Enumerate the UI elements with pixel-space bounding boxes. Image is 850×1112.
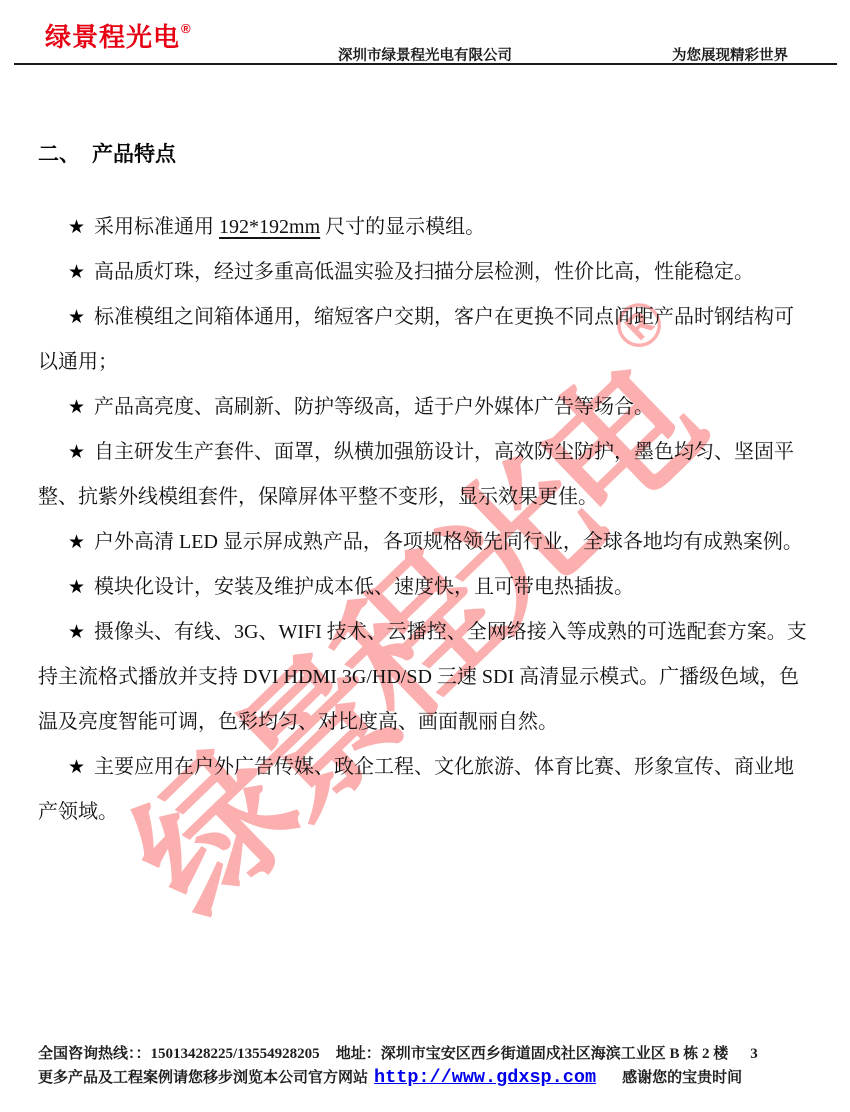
star-bullet-icon: ★ <box>68 442 85 463</box>
feature-text: 采用标准通用 <box>94 216 219 238</box>
feature-list: ★采用标准通用 192*192mm 尺寸的显示模组。 ★高品质灯珠，经过多重高低… <box>38 205 810 835</box>
address-text: 深圳市宝安区西乡街道固戍社区海滨工业区 B 栋 2 楼 <box>381 1046 729 1062</box>
star-bullet-icon: ★ <box>68 577 85 598</box>
star-bullet-icon: ★ <box>68 307 85 328</box>
feature-item: ★采用标准通用 192*192mm 尺寸的显示模组。 <box>38 205 810 250</box>
feature-item: ★自主研发生产套件、面罩，纵横加强筋设计，高效防尘防护，墨色均匀、坚固平整、抗紫… <box>38 430 810 520</box>
feature-text: 摄像头、有线、3G、WIFI 技术、云播控、全网络接入等成熟的可选配套方案。支持… <box>38 621 807 733</box>
header-slogan: 为您展现精彩世界 <box>672 44 788 65</box>
website-link[interactable]: http://www.gdxsp.com <box>374 1067 596 1088</box>
feature-item: ★摄像头、有线、3G、WIFI 技术、云播控、全网络接入等成熟的可选配套方案。支… <box>38 610 810 745</box>
feature-text: 自主研发生产套件、面罩，纵横加强筋设计，高效防尘防护，墨色均匀、坚固平整、抗紫外… <box>38 441 794 508</box>
star-bullet-icon: ★ <box>68 217 85 238</box>
feature-text: 主要应用在户外广告传媒、政企工程、文化旅游、体育比赛、形象宣传、商业地产领域。 <box>38 756 794 823</box>
feature-item: ★主要应用在户外广告传媒、政企工程、文化旅游、体育比赛、形象宣传、商业地产领域。 <box>38 745 810 835</box>
star-bullet-icon: ★ <box>68 532 85 553</box>
feature-text: 模块化设计，安装及维护成本低、速度快，且可带电热插拔。 <box>94 576 634 598</box>
footer-contact-line: 全国咨询热线：：15013428225/13554928205地址：深圳市宝安区… <box>38 1042 812 1063</box>
thanks-text: 感谢您的宝贵时间 <box>622 1070 742 1086</box>
page-number: 3 <box>750 1046 758 1062</box>
feature-item: ★产品高亮度、高刷新、防护等级高，适于户外媒体广告等场合。 <box>38 385 810 430</box>
section-number: 二、 <box>38 142 80 166</box>
feature-text: 产品高亮度、高刷新、防护等级高，适于户外媒体广告等场合。 <box>94 396 654 418</box>
feature-item: ★标准模组之间箱体通用，缩短客户交期，客户在更换不同点间距产品时钢结构可以通用； <box>38 295 810 385</box>
document-page: 绿景程光电® 绿景程光电® 深圳市绿景程光电有限公司 为您展现精彩世界 二、产品… <box>0 0 850 1112</box>
star-bullet-icon: ★ <box>68 622 85 643</box>
section-title: 二、产品特点 <box>38 142 176 166</box>
registered-trademark-icon: ® <box>181 21 191 36</box>
hotline-label: 全国咨询热线：： <box>38 1046 151 1062</box>
feature-item: ★高品质灯珠，经过多重高低温实验及扫描分层检测，性价比高，性能稳定。 <box>38 250 810 295</box>
star-bullet-icon: ★ <box>68 757 85 778</box>
feature-text: 高品质灯珠，经过多重高低温实验及扫描分层检测，性价比高，性能稳定。 <box>94 261 754 283</box>
header-divider <box>14 63 837 65</box>
feature-item: ★模块化设计，安装及维护成本低、速度快，且可带电热插拔。 <box>38 565 810 610</box>
feature-item: ★户外高清 LED 显示屏成熟产品，各项规格领先同行业，全球各地均有成熟案例。 <box>38 520 810 565</box>
feature-text: 标准模组之间箱体通用，缩短客户交期，客户在更换不同点间距产品时钢结构可以通用； <box>38 306 794 373</box>
feature-text: 户外高清 LED 显示屏成熟产品，各项规格领先同行业，全球各地均有成熟案例。 <box>94 531 803 553</box>
star-bullet-icon: ★ <box>68 397 85 418</box>
address-label: 地址： <box>336 1046 381 1062</box>
star-bullet-icon: ★ <box>68 262 85 283</box>
underlined-dimension-text: 192*192mm <box>219 216 320 238</box>
hotline-numbers: 15013428225/13554928205 <box>151 1046 320 1062</box>
feature-text: 尺寸的显示模组。 <box>320 216 485 238</box>
section-title-text: 产品特点 <box>92 142 176 166</box>
website-intro-text: 更多产品及工程案例请您移步浏览本公司官方网站 <box>38 1070 368 1086</box>
footer-website-line: 更多产品及工程案例请您移步浏览本公司官方网站http://www.gdxsp.c… <box>38 1066 812 1088</box>
